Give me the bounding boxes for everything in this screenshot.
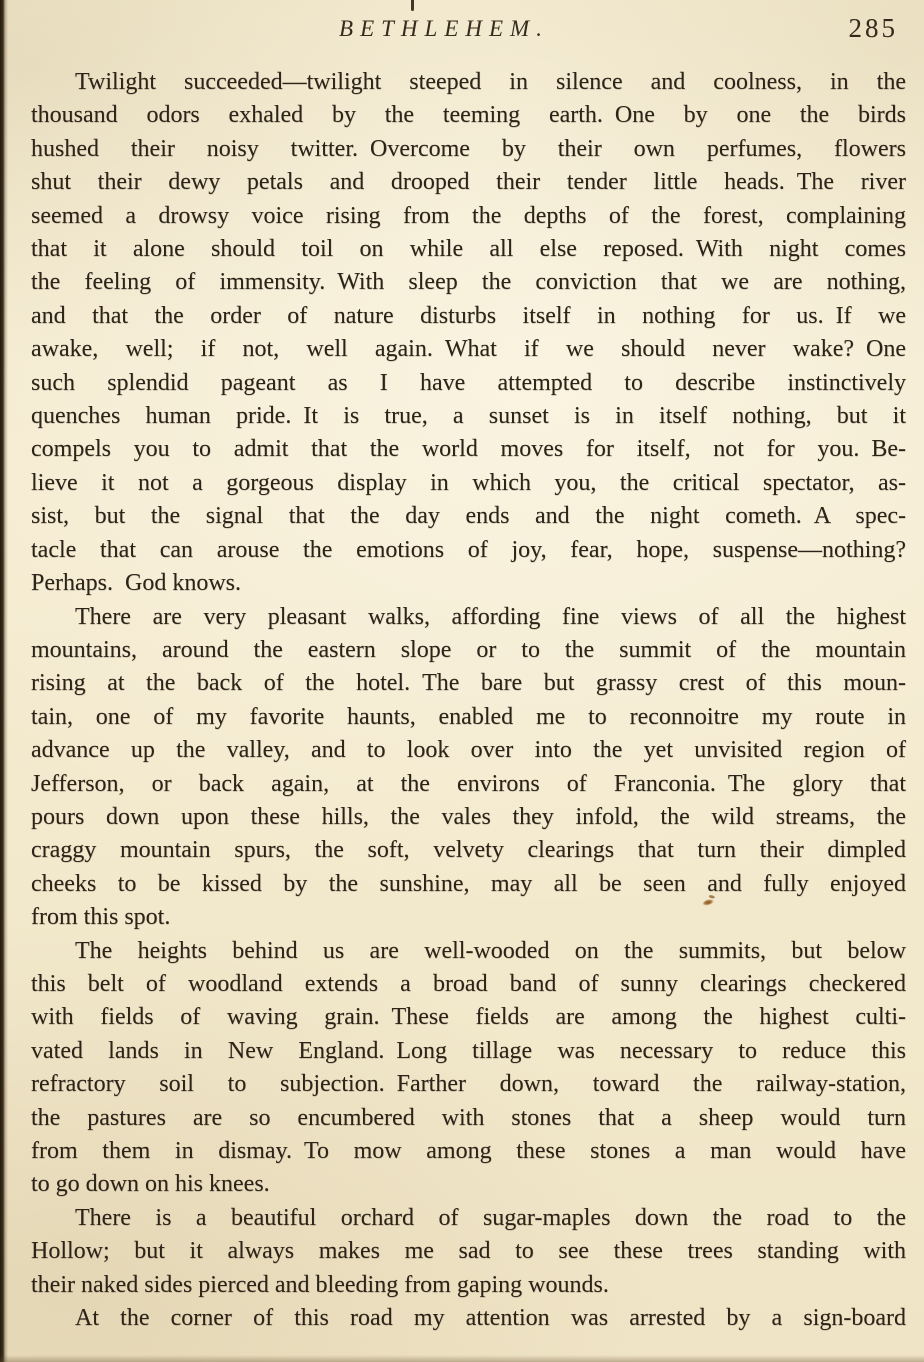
text-line-p1-l5: seemed a drowsy voice rising from the de…: [31, 200, 906, 233]
text-line-p1-l16: Perhaps. God knows.: [31, 567, 906, 600]
text-line-p1-l3: hushed their noisy twitter. Overcome by …: [31, 133, 906, 166]
text-line-p1-l4: shut their dewy petals and drooped their…: [31, 166, 906, 199]
text-line-p2-l5: advance up the valley, and to look over …: [31, 734, 906, 767]
text-line-p3-l6: the pastures are so encumbered with ston…: [31, 1102, 906, 1135]
text-line-p1-l10: such splendid pageant as I have attempte…: [31, 367, 906, 400]
text-line-p4-l1: There is a beautiful orchard of sugar-ma…: [31, 1202, 906, 1235]
text-line-p1-l2: thousand odors exhaled by the teeming ea…: [31, 99, 906, 132]
text-line-p2-l1: There are very pleasant walks, affording…: [31, 601, 906, 634]
text-line-p4-l2: Hollow; but it always makes me sad to se…: [31, 1235, 906, 1268]
page-bottom-edge-shadow: [0, 1355, 924, 1362]
running-title: BETHLEHEM.: [10, 16, 878, 42]
text-line-p2-l2: mountains, around the eastern slope or t…: [31, 634, 906, 667]
text-line-p3-l8: to go down on his knees.: [31, 1168, 906, 1201]
scan-artifact-mark: [411, 0, 414, 11]
book-page-scan: BETHLEHEM. 285 Twilight succeeded—twilig…: [0, 0, 924, 1362]
text-line-p3-l5: refractory soil to subjection. Farther d…: [31, 1068, 906, 1101]
text-line-p1-l13: lieve it not a gorgeous display in which…: [31, 467, 906, 500]
text-line-p4-l3: their naked sides pierced and bleeding f…: [31, 1269, 906, 1302]
page-gutter-shadow: [0, 0, 8, 1362]
text-line-p1-l12: compels you to admit that the world move…: [31, 433, 906, 466]
text-line-p1-l8: and that the order of nature disturbs it…: [31, 300, 906, 333]
text-line-p3-l7: from them in dismay. To mow among these …: [31, 1135, 906, 1168]
text-line-p1-l15: tacle that can arouse the emotions of jo…: [31, 534, 906, 567]
text-line-p1-l6: that it alone should toil on while all e…: [31, 233, 906, 266]
text-line-p2-l9: cheeks to be kissed by the sunshine, may…: [31, 868, 906, 901]
text-line-p1-l1: Twilight succeeded—twilight steeped in s…: [31, 66, 906, 99]
text-line-p2-l10: from this spot.: [31, 901, 906, 934]
text-line-p3-l3: with fields of waving grain. These field…: [31, 1001, 906, 1034]
text-line-p3-l1: The heights behind us are well-wooded on…: [31, 935, 906, 968]
text-line-p5-l1: At the corner of this road my attention …: [31, 1302, 906, 1335]
body-text: Twilight succeeded—twilight steeped in s…: [31, 66, 906, 1335]
text-line-p2-l8: craggy mountain spurs, the soft, velvety…: [31, 834, 906, 867]
text-line-p1-l11: quenches human pride. It is true, a suns…: [31, 400, 906, 433]
text-line-p2-l3: rising at the back of the hotel. The bar…: [31, 667, 906, 700]
text-line-p3-l4: vated lands in New England. Long tillage…: [31, 1035, 906, 1068]
page-number: 285: [849, 13, 899, 44]
text-line-p2-l4: tain, one of my favorite haunts, enabled…: [31, 701, 906, 734]
text-line-p1-l7: the feeling of immensity. With sleep the…: [31, 266, 906, 299]
text-line-p1-l14: sist, but the signal that the day ends a…: [31, 500, 906, 533]
text-line-p2-l7: pours down upon these hills, the vales t…: [31, 801, 906, 834]
text-line-p3-l2: this belt of woodland extends a broad ba…: [31, 968, 906, 1001]
page-header: BETHLEHEM. 285: [32, 16, 900, 52]
text-line-p1-l9: awake, well; if not, well again. What if…: [31, 333, 906, 366]
text-line-p2-l6: Jefferson, or back again, at the environ…: [31, 768, 906, 801]
